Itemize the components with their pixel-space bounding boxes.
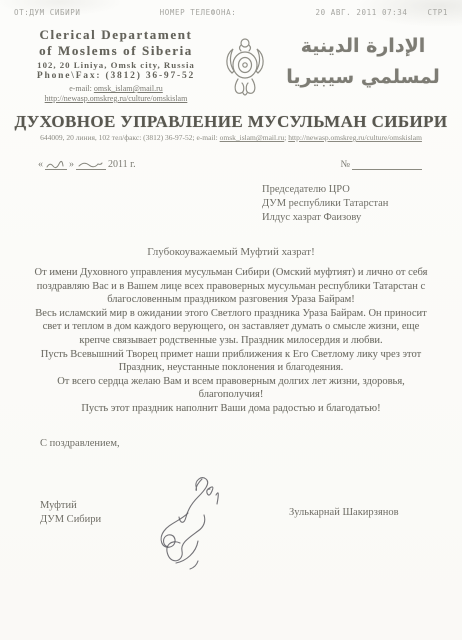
org-name-en-line1: Clerical Departament <box>14 27 218 43</box>
signer-name: Зулькарнай Шакирзянов <box>289 507 399 518</box>
email-value: omsk_islam@mail.ru <box>94 84 163 93</box>
signature-block: Муфтий ДУМ Сибири Зулькарнай Шакирзянов <box>0 489 462 609</box>
body-paragraph-5: Пусть этот праздник наполнит Ваши дома р… <box>29 402 433 416</box>
addressee-line2: ДУМ республики Татарстан <box>262 197 462 211</box>
signature-scribble-icon <box>146 473 238 588</box>
letter-contacts-line: 644009, 20 линия, 102 тел/факс: (3812) 3… <box>0 133 462 142</box>
number-blank <box>352 160 422 170</box>
scanned-fax-letter: ОТ:ДУМ СИБИРИ НОМЕР ТЕЛЕФОНА: 20 АВГ. 20… <box>0 0 462 640</box>
org-address-en: 102, 20 Liniya, Omsk city, Russia <box>14 60 218 70</box>
org-email-en: e-mail: omsk_islam@mail.ru <box>14 84 218 93</box>
org-name-arabic: الإدارة الدينية لمسلمي سيبيريا <box>272 31 454 93</box>
salutation: Глубокоуважаемый Муфтий хазрат! <box>0 246 462 258</box>
letter-title: ДУХОВНОЕ УПРАВЛЕНИЕ МУСУЛЬМАН СИБИРИ <box>0 112 462 132</box>
number-line: № <box>340 159 422 170</box>
closing-line: С поздравлением, <box>40 438 462 449</box>
quote-close: » <box>69 159 74 170</box>
org-block-english: Clerical Departament of Moslems of Siber… <box>14 27 218 103</box>
date-year: 2011 г. <box>108 159 136 170</box>
org-website-en: http://newasp.omskreg.ru/culture/omskisl… <box>14 94 218 103</box>
body-paragraph-3: Пусть Всевышний Творец примет наши прибл… <box>29 348 433 375</box>
addressee-line3: Илдус хазрат Фаизову <box>262 211 462 225</box>
date-day-blank <box>45 160 67 170</box>
letter-body: От имени Духовного управления мусульман … <box>0 266 462 416</box>
email-label: e-mail: <box>69 84 94 93</box>
contacts-pre: 644009, 20 линия, 102 тел/факс: (3812) 3… <box>40 133 220 142</box>
addressee-line1: Председателю ЦРО <box>262 183 462 197</box>
contacts-url: http://newasp.omskreg.ru/culture/omskisl… <box>288 133 422 142</box>
date-line: « » 2011 г. <box>38 159 136 170</box>
body-paragraph-4: От всего сердца желаю Вам и всем правове… <box>29 375 433 402</box>
org-name-arabic-line2: لمسلمي سيبيريا <box>272 62 454 93</box>
signer-title-line1: Муфтий <box>40 499 101 514</box>
body-paragraph-1: От имени Духовного управления мусульман … <box>29 266 433 307</box>
fax-phone-label: НОМЕР ТЕЛЕФОНА: <box>160 8 237 17</box>
signer-title: Муфтий ДУМ Сибири <box>40 499 101 528</box>
signer-title-line2: ДУМ Сибири <box>40 513 101 528</box>
addressee-block: Председателю ЦРО ДУМ республики Татарста… <box>262 183 462 225</box>
fax-page-number: СТР1 <box>428 8 448 17</box>
contacts-email: omsk_islam@mail.ru <box>220 133 285 142</box>
org-name-en-line2: of Moslems of Siberia <box>14 43 218 59</box>
tughra-emblem-icon <box>218 35 272 101</box>
org-name-arabic-line1: الإدارة الدينية <box>272 31 454 62</box>
fax-from: ОТ:ДУМ СИБИРИ <box>14 8 81 17</box>
fax-header: ОТ:ДУМ СИБИРИ НОМЕР ТЕЛЕФОНА: 20 АВГ. 20… <box>0 0 462 17</box>
date-month-blank <box>76 160 106 170</box>
reference-row: « » 2011 г. № <box>38 159 422 170</box>
fax-datetime: 20 АВГ. 2011 07:34 <box>315 8 407 17</box>
quote-open: « <box>38 159 43 170</box>
org-phone-en: Phone\Fax: (3812) 36-97-52 <box>14 71 218 81</box>
letterhead: Clerical Departament of Moslems of Siber… <box>14 27 454 103</box>
number-sign: № <box>340 159 350 170</box>
body-paragraph-2: Весь исламский мир в ожидании этого Свет… <box>29 307 433 348</box>
